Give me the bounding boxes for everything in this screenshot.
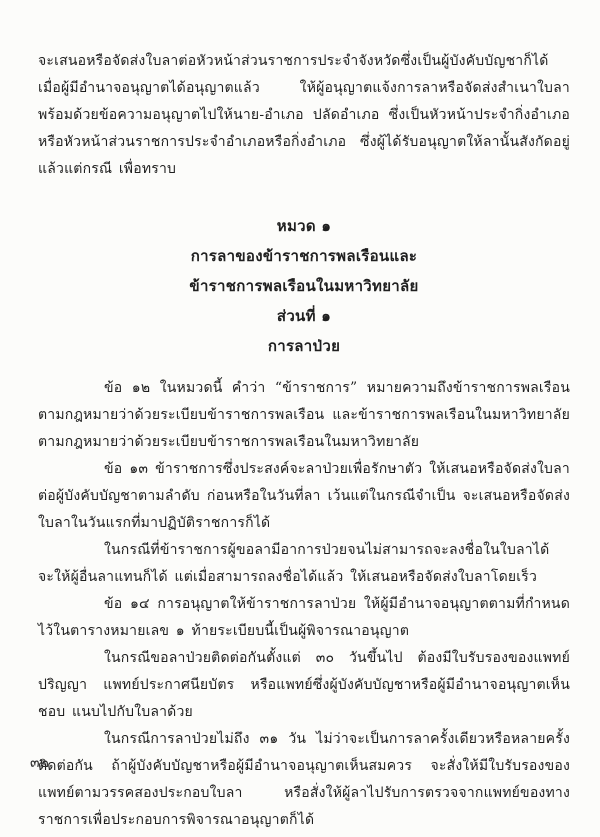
section-title: การลาป่วย xyxy=(38,331,570,361)
scanned-document-page: จะเสนอหรือจัดส่งใบลาต่อหัวหน้าส่วนราชการ… xyxy=(0,0,600,837)
paragraph-clause-12: ข้อ ๑๒ ในหมวดนี้ คำว่า “ข้าราชการ” หมายค… xyxy=(38,375,570,456)
paragraph-clause-13: ข้อ ๑๓ ข้าราชการซึ่งประสงค์จะลาป่วยเพื่อ… xyxy=(38,456,570,537)
paragraph-clause-13-subsection: ในกรณีที่ข้าราชการผู้ขอลามีอาการป่วยจนไม… xyxy=(38,537,570,591)
page-number: ๓๒ xyxy=(30,752,49,774)
paragraph-clause-14-subsection-1: ในกรณีขอลาป่วยติดต่อกันตั้งแต่ ๓๐ วันขึ้… xyxy=(38,645,570,726)
chapter-number-heading: หมวด ๑ xyxy=(38,211,570,241)
paragraph-clause-14: ข้อ ๑๔ การอนุญาตให้ข้าราชการลาป่วย ให้ผู… xyxy=(38,591,570,645)
paragraph-clause-14-subsection-2: ในกรณีการลาป่วยไม่ถึง ๓๑ วัน ไม่ว่าจะเป็… xyxy=(38,726,570,834)
section-number-heading: ส่วนที่ ๑ xyxy=(38,301,570,331)
chapter-title-line-2: ข้าราชการพลเรือนในมหาวิทยาลัย xyxy=(38,271,570,301)
chapter-title-line-1: การลาของข้าราชการพลเรือนและ xyxy=(38,241,570,271)
chapter-heading-block: หมวด ๑ การลาของข้าราชการพลเรือนและ ข้ารา… xyxy=(38,211,570,361)
paragraph-continuation: จะเสนอหรือจัดส่งใบลาต่อหัวหน้าส่วนราชการ… xyxy=(38,48,570,183)
